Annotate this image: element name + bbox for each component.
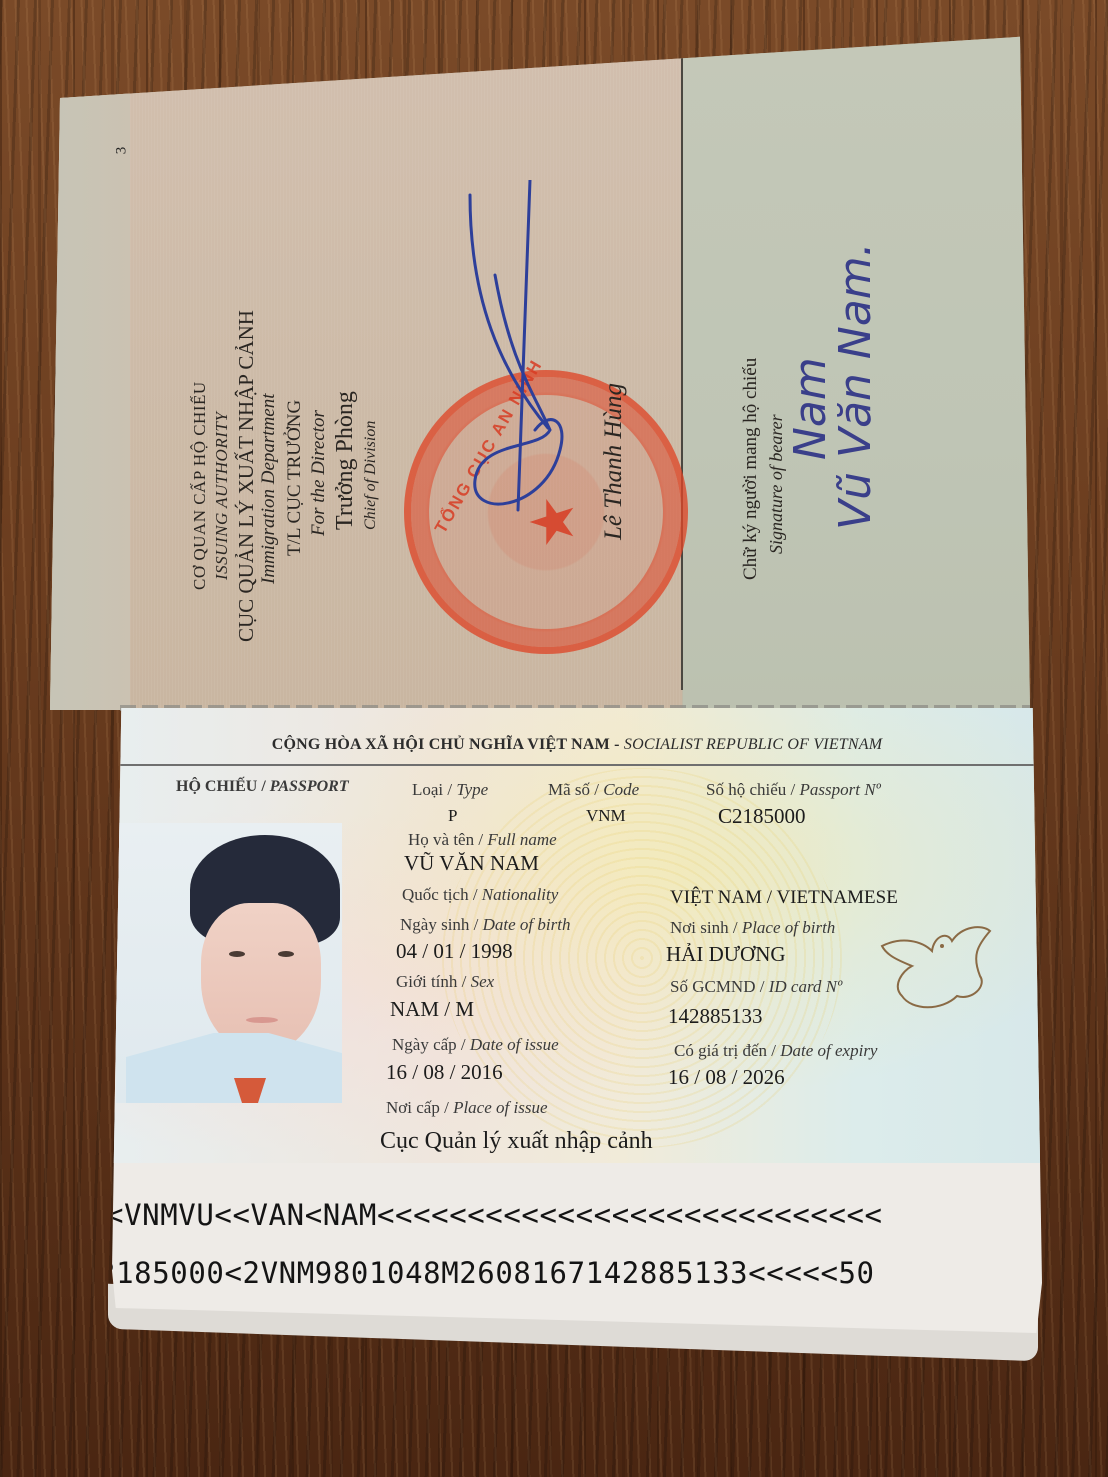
sex-label: Giới tính / Sex: [396, 972, 494, 992]
place-of-issue-label-vi: Nơi cấp /: [386, 1098, 453, 1117]
authority-name-vi: CỤC QUẢN LÝ XUẤT NHẬP CẢNH: [234, 310, 259, 642]
date-of-expiry-label: Có giá trị đến / Date of expiry: [674, 1041, 877, 1061]
passport-no-label-vi: Số hộ chiếu /: [706, 780, 800, 799]
code-label: Mã số / Code: [548, 780, 639, 800]
passport-page-authority: 3 CƠ QUAN CẤP HỘ CHIẾU ISSUING AUTHORITY…: [40, 30, 1040, 710]
id-card-value: 142885133: [668, 1004, 763, 1029]
authority-name-en: Immigration Department: [258, 393, 280, 584]
date-of-expiry-label-vi: Có giá trị đến /: [674, 1041, 780, 1060]
nationality-label: Quốc tịch / Nationality: [402, 885, 558, 905]
for-director-en: For the Director: [308, 410, 330, 536]
bearer-photo: [116, 823, 342, 1103]
type-label-en: Type: [456, 780, 488, 799]
header-rule: [112, 764, 1042, 766]
place-of-issue-value: Cục Quản lý xuất nhập cảnh: [380, 1128, 653, 1155]
photo-shirt: [126, 1033, 342, 1103]
full-name-label-vi: Họ và tên /: [408, 830, 487, 849]
sex-label-vi: Giới tính /: [396, 972, 471, 991]
dob-label-en: Date of birth: [483, 915, 571, 934]
code-value: VNM: [586, 806, 626, 826]
sex-value: NAM / M: [390, 997, 474, 1022]
full-name-label: Họ và tên / Full name: [408, 830, 557, 850]
nationality-label-vi: Quốc tịch /: [402, 885, 482, 904]
code-label-vi: Mã số /: [548, 780, 603, 799]
id-card-label-en: ID card Nº: [769, 977, 843, 996]
panel-divider: [681, 30, 683, 690]
for-director-vi: T/L CỤC TRƯỞNG: [284, 400, 306, 556]
sex-label-en: Sex: [471, 972, 495, 991]
code-label-en: Code: [603, 780, 639, 799]
full-name-label-en: Full name: [487, 830, 556, 849]
mrz-line-2: C2185000<2VNM9801048M2608167142885133<<<…: [80, 1256, 875, 1290]
authority-label-en: ISSUING AUTHORITY: [212, 412, 232, 580]
dob-label: Ngày sinh / Date of birth: [400, 915, 570, 935]
full-name-value: VŨ VĂN NAM: [404, 851, 539, 876]
passport-data-page: CỘNG HÒA XÃ HỘI CHỦ NGHĨA VIỆT NAM - SOC…: [112, 708, 1042, 1333]
nationality-label-en: Nationality: [482, 885, 559, 904]
bearer-label-en: Signature of bearer: [766, 414, 787, 554]
place-of-birth-label-vi: Nơi sinh /: [670, 918, 742, 937]
passport-no-label: Số hộ chiếu / Passport Nº: [706, 780, 881, 800]
official-name: Lê Thanh Hùng: [600, 383, 628, 540]
photo-mouth: [246, 1017, 278, 1023]
date-of-issue-label-vi: Ngày cấp /: [392, 1035, 470, 1054]
document-label-vi: HỘ CHIẾU /: [176, 778, 270, 795]
official-title-vi: Trưởng Phòng: [332, 391, 359, 530]
bearer-label-vi: Chữ ký người mang hộ chiếu: [740, 358, 762, 580]
place-of-birth-label: Nơi sinh / Place of birth: [670, 918, 835, 938]
bearer-handwritten-signature-line1: Nam: [785, 357, 836, 460]
passport-no-value: C2185000: [718, 804, 806, 829]
id-card-label-vi: Số GCMND /: [670, 977, 769, 996]
type-label: Loại / Type: [412, 780, 488, 800]
country-header: CỘNG HÒA XÃ HỘI CHỦ NGHĨA VIỆT NAM - SOC…: [112, 736, 1042, 754]
dob-value: 04 / 01 / 1998: [396, 939, 513, 964]
place-of-issue-label-en: Place of issue: [453, 1098, 547, 1117]
country-header-vi: CỘNG HÒA XÃ HỘI CHỦ NGHĨA VIỆT NAM -: [272, 736, 624, 753]
authority-label-vi: CƠ QUAN CẤP HỘ CHIẾU: [190, 381, 210, 590]
photo-eye-right: [278, 951, 294, 957]
dob-label-vi: Ngày sinh /: [400, 915, 483, 934]
official-signature: [440, 180, 580, 540]
document-label: HỘ CHIẾU / PASSPORT: [176, 778, 349, 796]
official-title-en: Chief of Division: [362, 421, 380, 530]
date-of-expiry-label-en: Date of expiry: [780, 1041, 877, 1060]
type-label-vi: Loại /: [412, 780, 456, 799]
date-of-issue-value: 16 / 08 / 2016: [386, 1060, 503, 1085]
type-value: P: [448, 806, 457, 826]
mrz-line-1: P<VNMVU<<VAN<NAM<<<<<<<<<<<<<<<<<<<<<<<<…: [88, 1198, 883, 1232]
bearer-handwritten-signature-line2: Vũ Văn Nam.: [830, 242, 881, 530]
date-of-issue-label-en: Date of issue: [470, 1035, 559, 1054]
place-of-issue-label: Nơi cấp / Place of issue: [386, 1098, 547, 1118]
place-of-birth-value: HẢI DƯƠNG: [666, 942, 786, 967]
passport-no-label-en: Passport Nº: [800, 780, 881, 799]
date-of-issue-label: Ngày cấp / Date of issue: [392, 1035, 559, 1055]
document-label-en: PASSPORT: [270, 778, 349, 795]
dove-emblem-icon: [872, 916, 1002, 1016]
date-of-expiry-value: 16 / 08 / 2026: [668, 1065, 785, 1090]
page-number: 3: [113, 147, 130, 155]
photo-eye-left: [229, 951, 245, 957]
id-card-label: Số GCMND / ID card Nº: [670, 977, 842, 997]
nationality-value: VIỆT NAM / VIETNAMESE: [670, 887, 898, 909]
country-header-en: SOCIALIST REPUBLIC OF VIETNAM: [624, 736, 882, 753]
place-of-birth-label-en: Place of birth: [742, 918, 835, 937]
biodata-area: CỘNG HÒA XÃ HỘI CHỦ NGHĨA VIỆT NAM - SOC…: [112, 708, 1042, 1163]
photo-face: [201, 903, 321, 1053]
